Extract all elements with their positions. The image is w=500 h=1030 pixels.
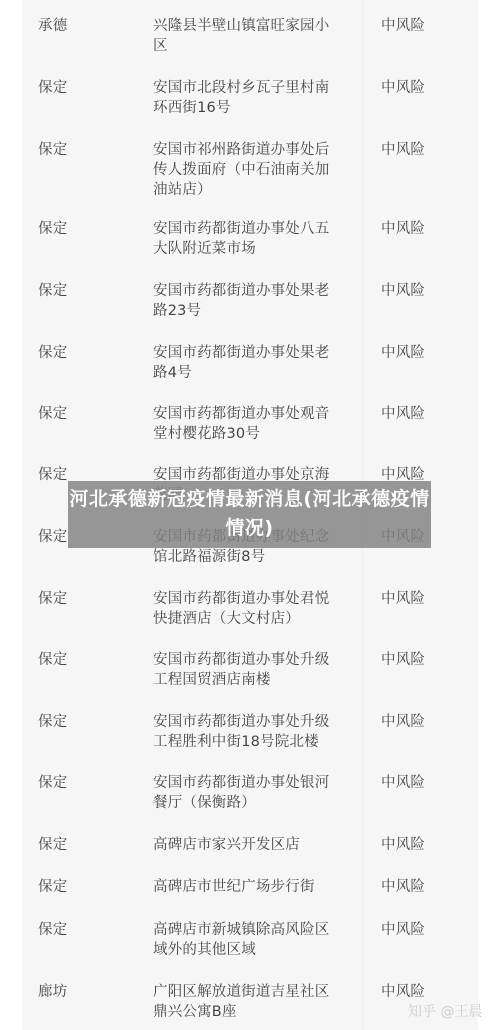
- city-cell: 保定: [38, 78, 138, 98]
- risk-level-cell: 中风险: [381, 773, 461, 793]
- city-cell: 保定: [38, 404, 138, 424]
- risk-level-cell: 中风险: [381, 712, 461, 732]
- address-cell: 广阳区解放道街道吉星社区鼎兴公寓B座: [153, 982, 343, 1022]
- zhihu-watermark: 知乎 @王晨: [408, 1001, 482, 1021]
- address-cell: 兴隆县半壁山镇富旺家园小区: [153, 16, 343, 56]
- risk-level-cell: 中风险: [381, 140, 461, 160]
- city-cell: 保定: [38, 877, 138, 897]
- city-cell: 保定: [38, 835, 138, 855]
- risk-level-cell: 中风险: [381, 920, 461, 940]
- address-cell: 安国市药都街道办事处果老路23号: [153, 281, 343, 321]
- risk-level-cell: 中风险: [381, 16, 461, 36]
- address-cell: 高碑店市新城镇除高风险区域外的其他区域: [153, 920, 343, 960]
- risk-level-cell: 中风险: [381, 343, 461, 363]
- risk-level-cell: 中风险: [381, 281, 461, 301]
- city-cell: 保定: [38, 219, 138, 239]
- risk-level-cell: 中风险: [381, 650, 461, 670]
- address-cell: 安国市药都街道办事处升级工程胜利中街18号院北楼: [153, 712, 343, 752]
- city-cell: 承德: [38, 16, 138, 36]
- city-cell: 保定: [38, 140, 138, 160]
- risk-level-cell: 中风险: [381, 404, 461, 424]
- address-cell: 安国市药都街道办事处君悦快捷酒店（大文村店）: [153, 589, 343, 629]
- risk-level-cell: 中风险: [381, 219, 461, 239]
- address-cell: 高碑店市家兴开发区店: [153, 835, 343, 855]
- city-cell: 保定: [38, 712, 138, 732]
- city-cell: 保定: [38, 650, 138, 670]
- risk-level-cell: 中风险: [381, 78, 461, 98]
- address-cell: 安国市药都街道办事处升级工程国贸酒店南楼: [153, 650, 343, 690]
- risk-level-cell: 中风险: [381, 835, 461, 855]
- risk-level-cell: 中风险: [381, 982, 461, 1002]
- address-cell: 安国市药都街道办事处观音堂村樱花路30号: [153, 404, 343, 444]
- address-cell: 安国市药都街道办事处果老路4号: [153, 343, 343, 383]
- city-cell: 廊坊: [38, 982, 138, 1002]
- article-title-banner: 河北承德新冠疫情最新消息(河北承德疫情情况): [68, 481, 431, 548]
- risk-level-cell: 中风险: [381, 877, 461, 897]
- city-cell: 保定: [38, 281, 138, 301]
- city-cell: 保定: [38, 773, 138, 793]
- address-cell: 安国市北段村乡瓦子里村南环西街16号: [153, 78, 343, 118]
- address-cell: 安国市祁州路街道办事处后传人拨面府（中石油南关加油站店）: [153, 140, 343, 200]
- city-cell: 保定: [38, 343, 138, 363]
- city-cell: 保定: [38, 920, 138, 940]
- address-cell: 安国市药都街道办事处八五大队附近菜市场: [153, 219, 343, 259]
- risk-level-cell: 中风险: [381, 589, 461, 609]
- address-cell: 高碑店市世纪广场步行街: [153, 877, 343, 897]
- city-cell: 保定: [38, 589, 138, 609]
- address-cell: 安国市药都街道办事处银河餐厅（保衡路）: [153, 773, 343, 813]
